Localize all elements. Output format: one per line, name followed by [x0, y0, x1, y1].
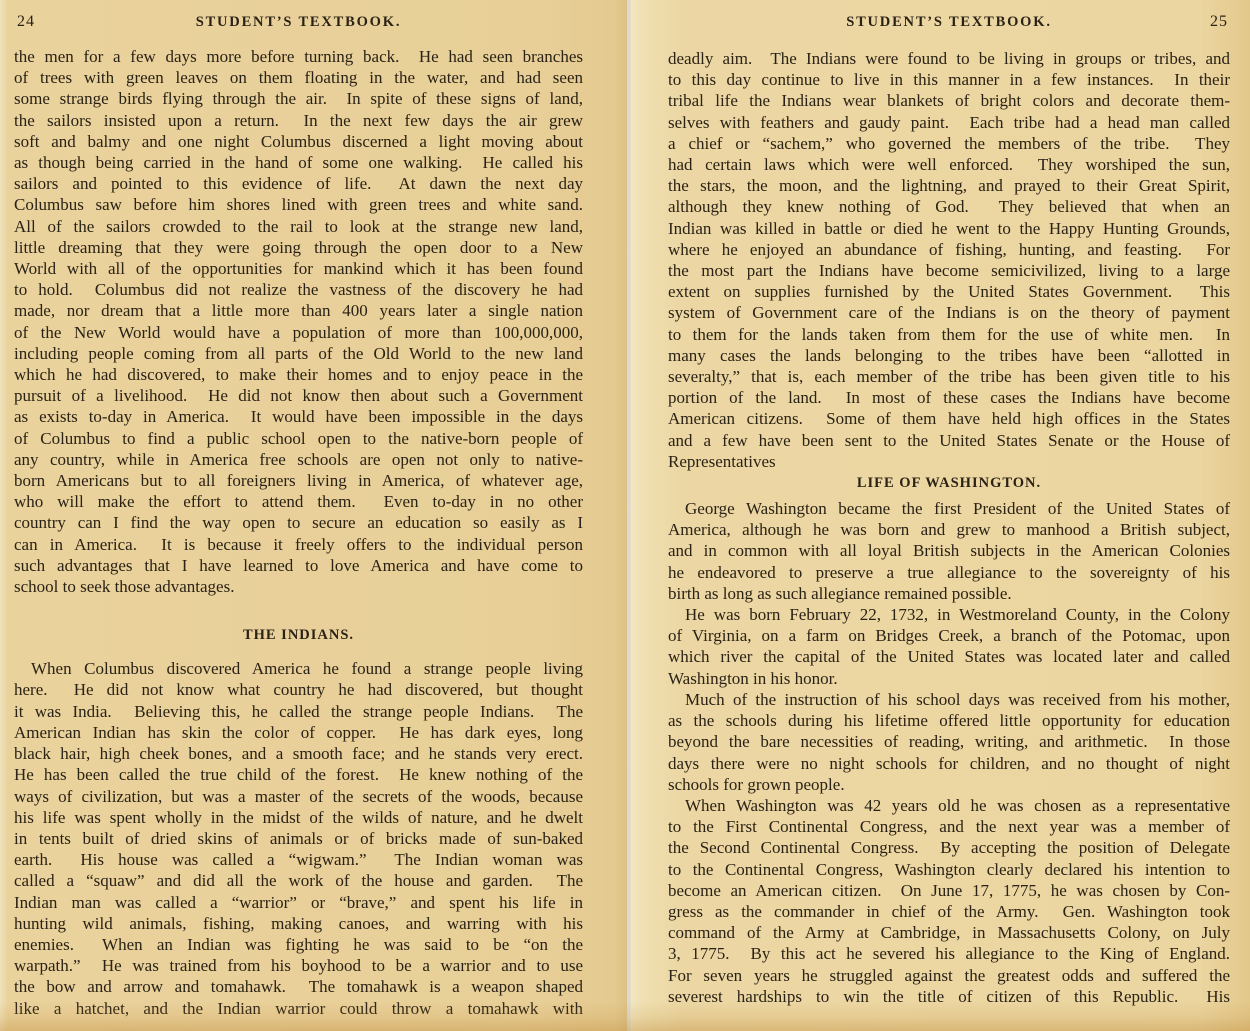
text-line: Representatives [668, 451, 1230, 472]
text-line: tribal life the Indians wear blankets of… [668, 90, 1230, 111]
text-line: 3, 1775. By this act he severed his alle… [668, 943, 1230, 964]
text-line: and in common with all loyal British sub… [668, 540, 1230, 561]
text-line: the stars, the moon, and the lightning, … [668, 175, 1230, 196]
text-line: system of Government care of the Indians… [668, 302, 1230, 323]
book-spread: 24 STUDENT’S TEXTBOOK. the men for a few… [0, 0, 1250, 1031]
text-line: made, nor dream that a little more than … [14, 300, 583, 321]
text-line: a chief or “sachem,” who governed the me… [668, 133, 1230, 154]
text-line: although they knew nothing of God. They … [668, 196, 1230, 217]
text-line: to them for the lands taken from them fo… [668, 324, 1230, 345]
text-line: selves with feathers and gaudy paint. Ea… [668, 112, 1230, 133]
text-line: He has been called the true child of the… [14, 764, 583, 785]
text-line: portion of the land. In most of these ca… [668, 387, 1230, 408]
paragraph: He was born February 22, 1732, in Westmo… [668, 604, 1230, 689]
text-line: as the schools during his lifetime offer… [668, 710, 1230, 731]
text-line: beyond the bare necessities of reading, … [668, 731, 1230, 752]
text-line: sailors and pointed to this evidence of … [14, 173, 583, 194]
text-line: black hair, high cheek bones, and a smoo… [14, 743, 583, 764]
text-line: George Washington became the first Presi… [668, 498, 1230, 519]
text-line: ways of civilization, but was a master o… [14, 786, 583, 807]
page-body: the men for a few days more before turni… [14, 46, 583, 1019]
text-line: hunting wild animals, fishing, making ca… [14, 913, 583, 934]
page-24: 24 STUDENT’S TEXTBOOK. the men for a few… [0, 0, 627, 1031]
text-line: gress as the commander in chief of the A… [668, 901, 1230, 922]
text-line: his life was spent wholly in the midst o… [14, 807, 583, 828]
text-line: had certain laws which were well enforce… [668, 154, 1230, 175]
text-line: to hold. Columbus did not realize the va… [14, 279, 583, 300]
text-line: like a hatchet, and the Indian warrior c… [14, 998, 583, 1019]
text-line: called a “squaw” and did all the work of… [14, 870, 583, 891]
text-line: enemies. When an Indian was fighting he … [14, 934, 583, 955]
text-line: of the New World would have a population… [14, 322, 583, 343]
text-line: Indian was killed in battle or died he w… [668, 218, 1230, 239]
text-line: where he enjoyed an abundance of fishing… [668, 239, 1230, 260]
text-line: schools for grown people. [668, 774, 1230, 795]
text-line: the bow and arrow and tomahawk. The toma… [14, 976, 583, 997]
text-line: severalty,” that is, each member of the … [668, 366, 1230, 387]
text-line: and a few have been sent to the United S… [668, 430, 1230, 451]
text-line: Washington in his honor. [668, 668, 1230, 689]
text-line: to the First Continental Congress, and t… [668, 816, 1230, 837]
text-line: the sailors insisted upon a return. In t… [14, 110, 583, 131]
paragraph: When Washington was 42 years old he was … [668, 795, 1230, 1007]
text-line: who will make the effort to attend them.… [14, 491, 583, 512]
paragraph: deadly aim. The Indians were found to be… [668, 48, 1230, 472]
text-line: World with all of the opportunities for … [14, 258, 583, 279]
text-line: to this day continue to live in this man… [668, 69, 1230, 90]
running-header-title: STUDENT’S TEXTBOOK. [668, 14, 1230, 31]
text-line: which he had discovered, to make their h… [14, 364, 583, 385]
section-heading: LIFE OF WASHINGTON. [668, 472, 1230, 494]
text-line: it was India. Believing this, he called … [14, 701, 583, 722]
text-line: including people coming from all parts o… [14, 343, 583, 364]
page-body: deadly aim. The Indians were found to be… [668, 48, 1230, 1007]
text-line: days there were no night schools for chi… [668, 753, 1230, 774]
text-line: American Indian has skin the color of co… [14, 722, 583, 743]
text-line: any country, while in America free schoo… [14, 449, 583, 470]
text-line: as exists to-day in America. It would ha… [14, 406, 583, 427]
text-line: severest hardships to win the title of c… [668, 986, 1230, 1007]
text-line: the most part the Indians have become se… [668, 260, 1230, 281]
paragraph: the men for a few days more before turni… [14, 46, 583, 597]
text-line: birth as long as such allegiance remaine… [668, 583, 1230, 604]
text-line: such advantages that I have learned to l… [14, 555, 583, 576]
text-line: When Washington was 42 years old he was … [668, 795, 1230, 816]
section-heading: THE INDIANS. [14, 624, 583, 646]
text-line: which river the capital of the United St… [668, 646, 1230, 667]
text-line: here. He did not know what country he ha… [14, 679, 583, 700]
text-line: pursuit of a livelihood. He did not know… [14, 385, 583, 406]
text-line: school to seek those advantages. [14, 576, 583, 597]
text-line: the Second Continental Congress. By acce… [668, 837, 1230, 858]
text-line: born Americans but to all foreigners liv… [14, 470, 583, 491]
text-line: little dreaming that they were going thr… [14, 237, 583, 258]
text-line: America, although he was born and grew t… [668, 519, 1230, 540]
paragraph: Much of the instruction of his school da… [668, 689, 1230, 795]
text-line: earth. His house was called a “wigwam.” … [14, 849, 583, 870]
text-line: For seven years he struggled against the… [668, 965, 1230, 986]
text-line: he endeavored to preserve a true allegia… [668, 562, 1230, 583]
text-line: All of the sailors crowded to the rail t… [14, 216, 583, 237]
page-25: STUDENT’S TEXTBOOK. 25 deadly aim. The I… [627, 0, 1250, 1031]
text-line: deadly aim. The Indians were found to be… [668, 48, 1230, 69]
text-line: the men for a few days more before turni… [14, 46, 583, 67]
text-line: He was born February 22, 1732, in Westmo… [668, 604, 1230, 625]
text-line: Much of the instruction of his school da… [668, 689, 1230, 710]
text-line: soft and balmy and one night Columbus di… [14, 131, 583, 152]
text-line: extent on supplies furnished by the Unit… [668, 281, 1230, 302]
text-line: of Columbus to find a public school open… [14, 428, 583, 449]
text-line: Columbus saw before him shores lined wit… [14, 194, 583, 215]
text-line: as though being carried in the hand of s… [14, 152, 583, 173]
paragraph: When Columbus discovered America he foun… [14, 658, 583, 1018]
text-line: command of the Army at Cambridge, in Mas… [668, 922, 1230, 943]
page-number: 25 [1210, 13, 1228, 31]
page-header: 24 STUDENT’S TEXTBOOK. [14, 13, 583, 33]
paragraph: George Washington became the first Presi… [668, 498, 1230, 604]
text-line: of Virginia, on a farm on Bridges Creek,… [668, 625, 1230, 646]
text-line: warpath.” He was trained from his boyhoo… [14, 955, 583, 976]
text-line: country can I find the way open to secur… [14, 512, 583, 533]
text-line: many cases the lands belonging to the tr… [668, 345, 1230, 366]
text-line: in tents built of dried skins of animals… [14, 828, 583, 849]
text-line: When Columbus discovered America he foun… [14, 658, 583, 679]
text-line: become an American citizen. On June 17, … [668, 880, 1230, 901]
running-header-title: STUDENT’S TEXTBOOK. [14, 14, 583, 31]
text-line: can in America. It is because it freely … [14, 534, 583, 555]
text-line: some strange birds flying through the ai… [14, 88, 583, 109]
text-line: American citizens. Some of them have hel… [668, 408, 1230, 429]
text-line: to the Continental Congress, Washington … [668, 859, 1230, 880]
page-header: STUDENT’S TEXTBOOK. 25 [668, 13, 1230, 33]
text-line: Indian man was called a “warrior” or “br… [14, 892, 583, 913]
text-line: of trees with green leaves on them float… [14, 67, 583, 88]
